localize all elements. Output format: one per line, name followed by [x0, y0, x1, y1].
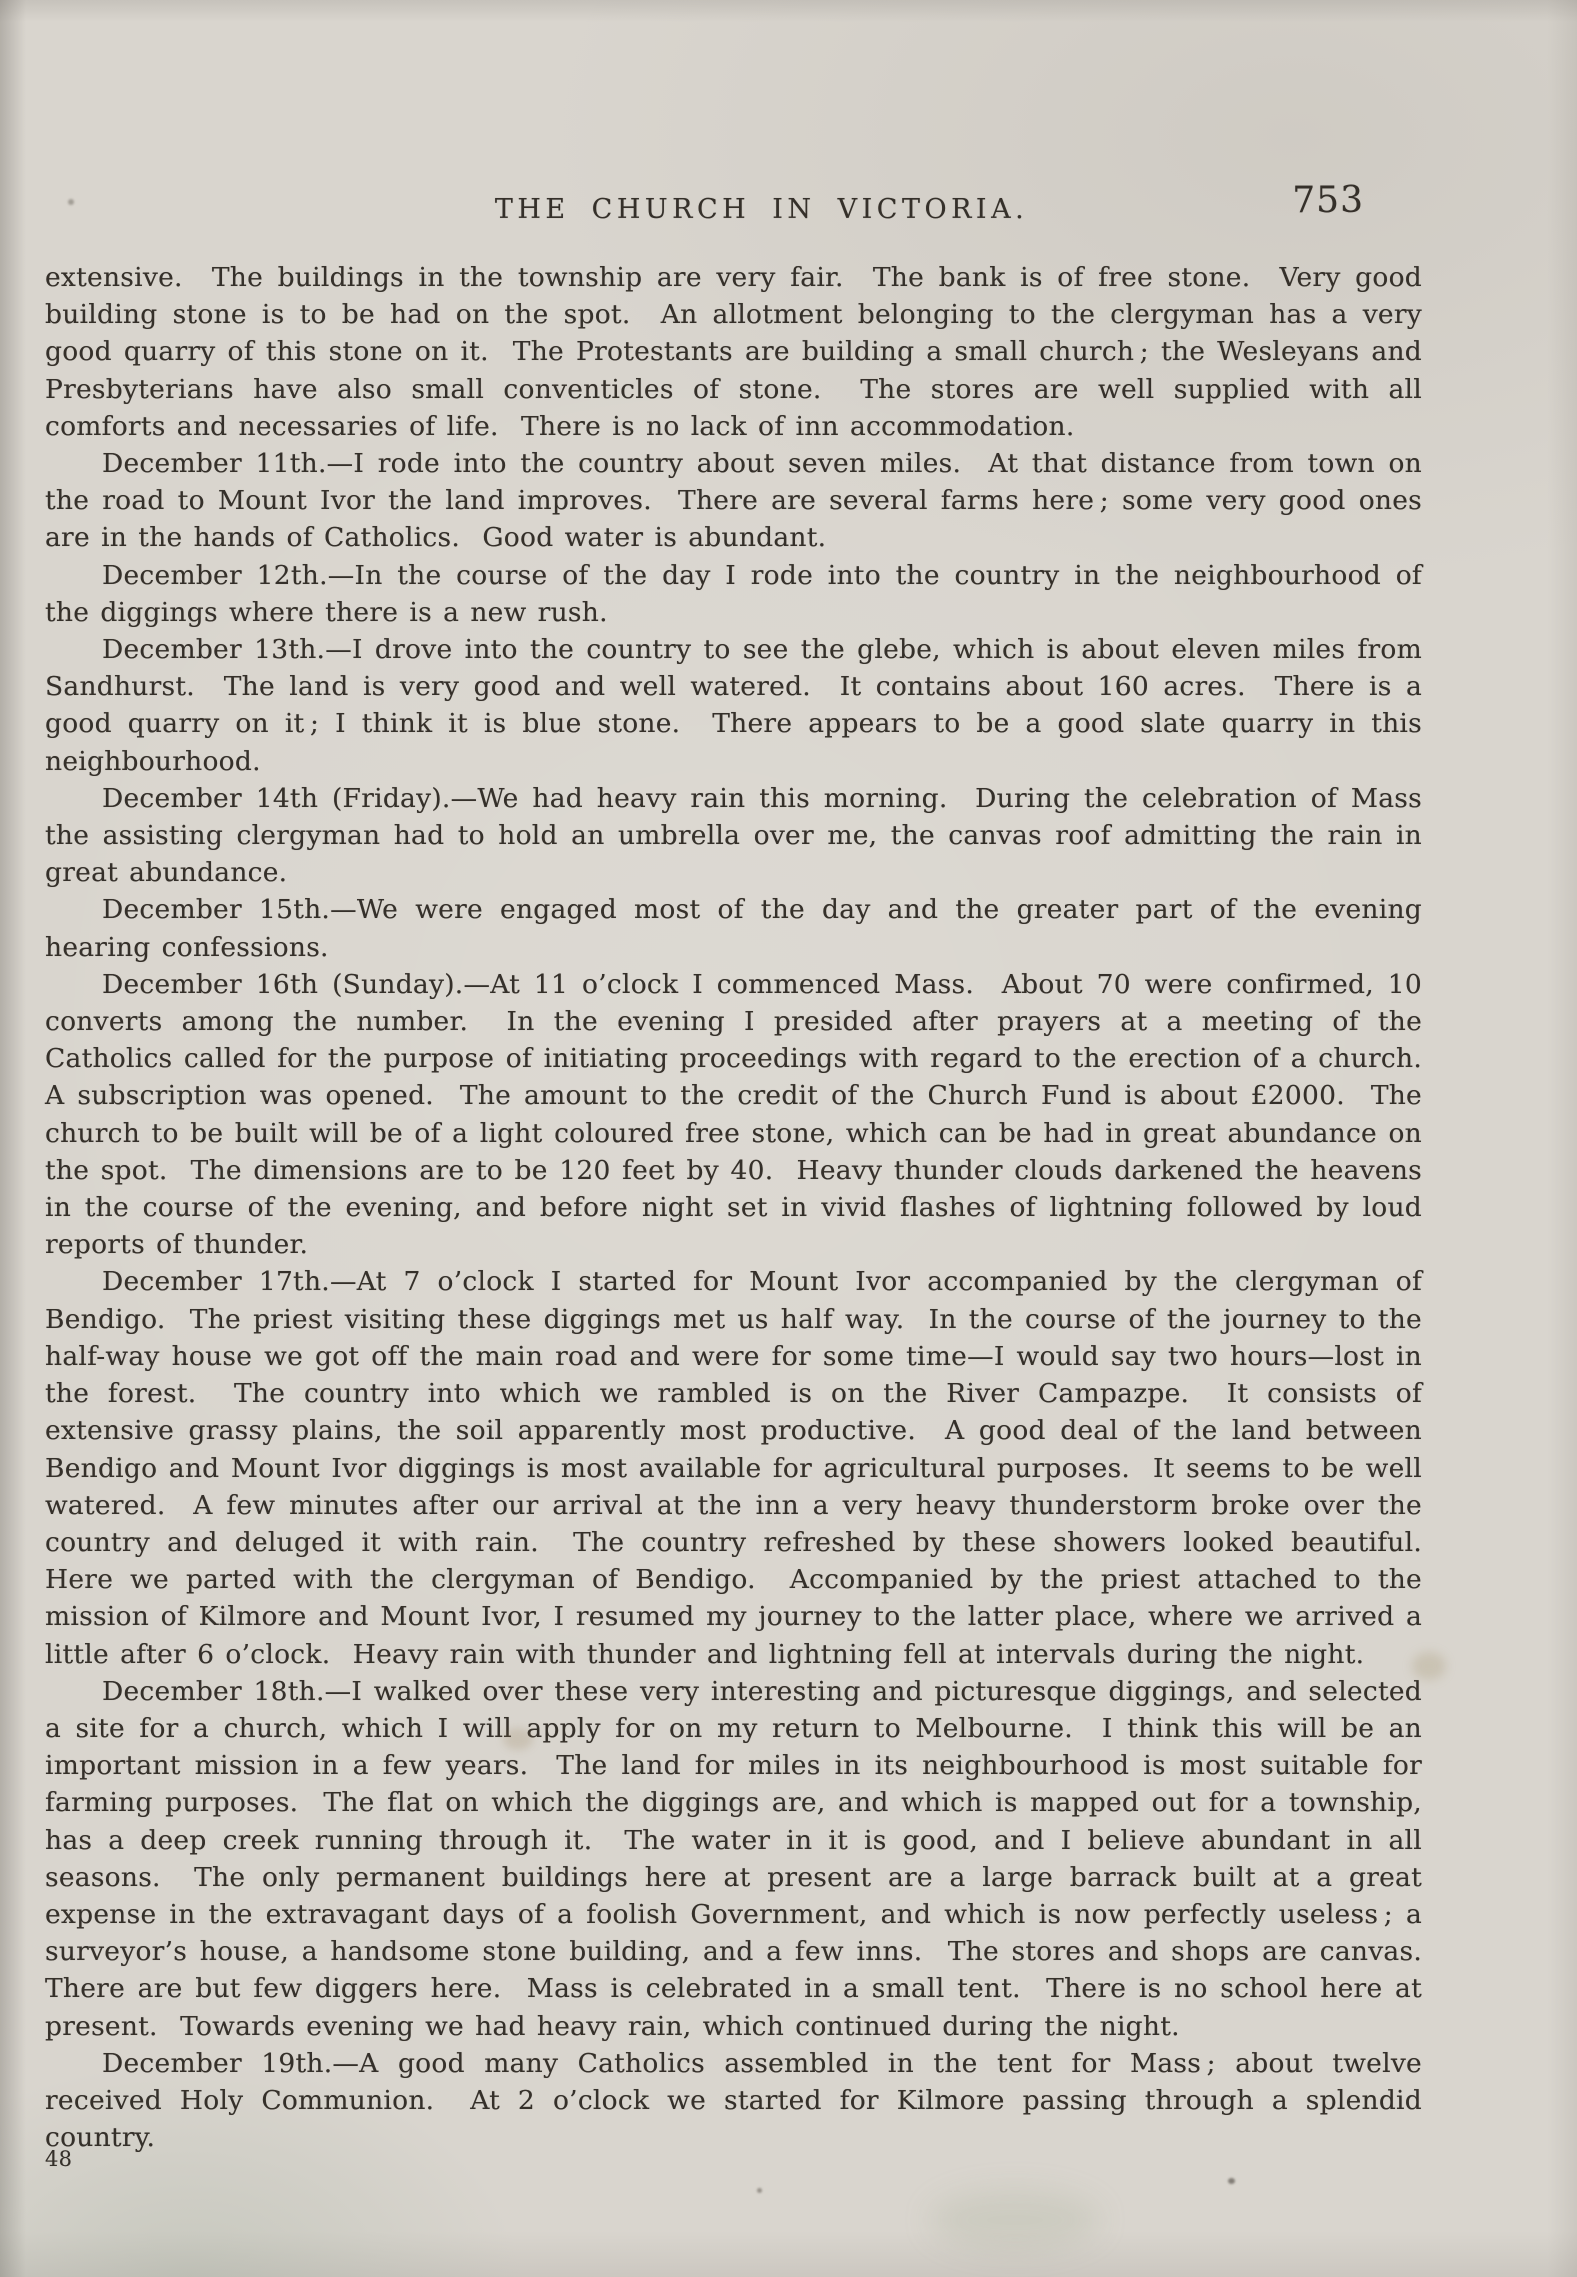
paper-smudge [930, 2190, 1100, 2250]
entry-december-14: December 14th (Friday).—We had heavy rai… [45, 780, 1422, 892]
entry-december-12: December 12th.—In the course of the day … [45, 557, 1422, 631]
entry-december-11: December 11th.—I rode into the country a… [45, 445, 1422, 557]
page-number: 753 [1292, 180, 1364, 221]
entry-december-15: December 15th.—We were engaged most of t… [45, 891, 1422, 965]
entry-december-17: December 17th.—At 7 o’clock I started fo… [45, 1263, 1422, 1672]
entry-december-13: December 13th.—I drove into the country … [45, 631, 1422, 780]
signature-mark: 48 [45, 2148, 1422, 2170]
page-title: THE CHURCH IN VICTORIA. [73, 194, 1450, 225]
paper-speck [757, 2188, 762, 2193]
entry-december-19: December 19th.—A good many Catholics ass… [45, 2045, 1422, 2157]
scanned-book-page: THE CHURCH IN VICTORIA. 753 extensive. T… [0, 0, 1577, 2277]
paragraph-extensive-continuation: extensive. The buildings in the township… [45, 259, 1422, 445]
body-text: extensive. The buildings in the township… [45, 259, 1422, 2170]
entry-december-18: December 18th.—I walked over these very … [45, 1673, 1422, 2045]
running-head: THE CHURCH IN VICTORIA. 753 [45, 188, 1422, 232]
paper-speck [1228, 2178, 1235, 2184]
entry-december-16: December 16th (Sunday).—At 11 o’clock I … [45, 966, 1422, 1264]
